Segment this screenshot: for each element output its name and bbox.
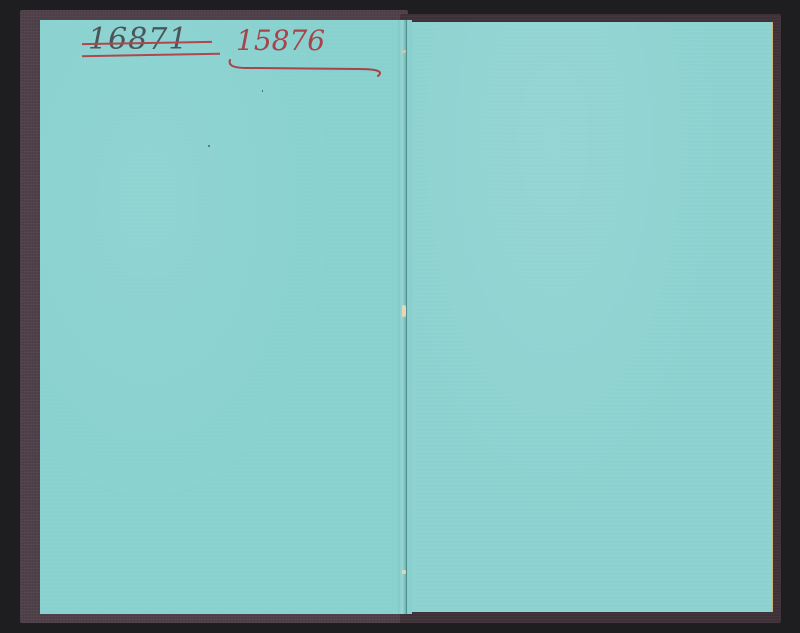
old-shelf-number: 16871 <box>88 22 188 57</box>
left-pastedown-page <box>40 20 400 614</box>
gutter-mark <box>402 570 406 574</box>
book-gutter <box>398 20 412 614</box>
gutter-fold-line <box>406 20 407 614</box>
book-scan: 16871 15876 <box>0 0 800 633</box>
paper-speck <box>208 145 210 147</box>
right-endpaper-page <box>408 22 773 612</box>
shelf-number-annotation: 16871 15876 <box>88 20 388 76</box>
gutter-mark <box>402 50 406 53</box>
underline-flourish <box>228 58 388 78</box>
new-shelf-number: 15876 <box>236 24 325 57</box>
paper-speck <box>262 90 263 92</box>
gutter-mark <box>402 305 406 317</box>
